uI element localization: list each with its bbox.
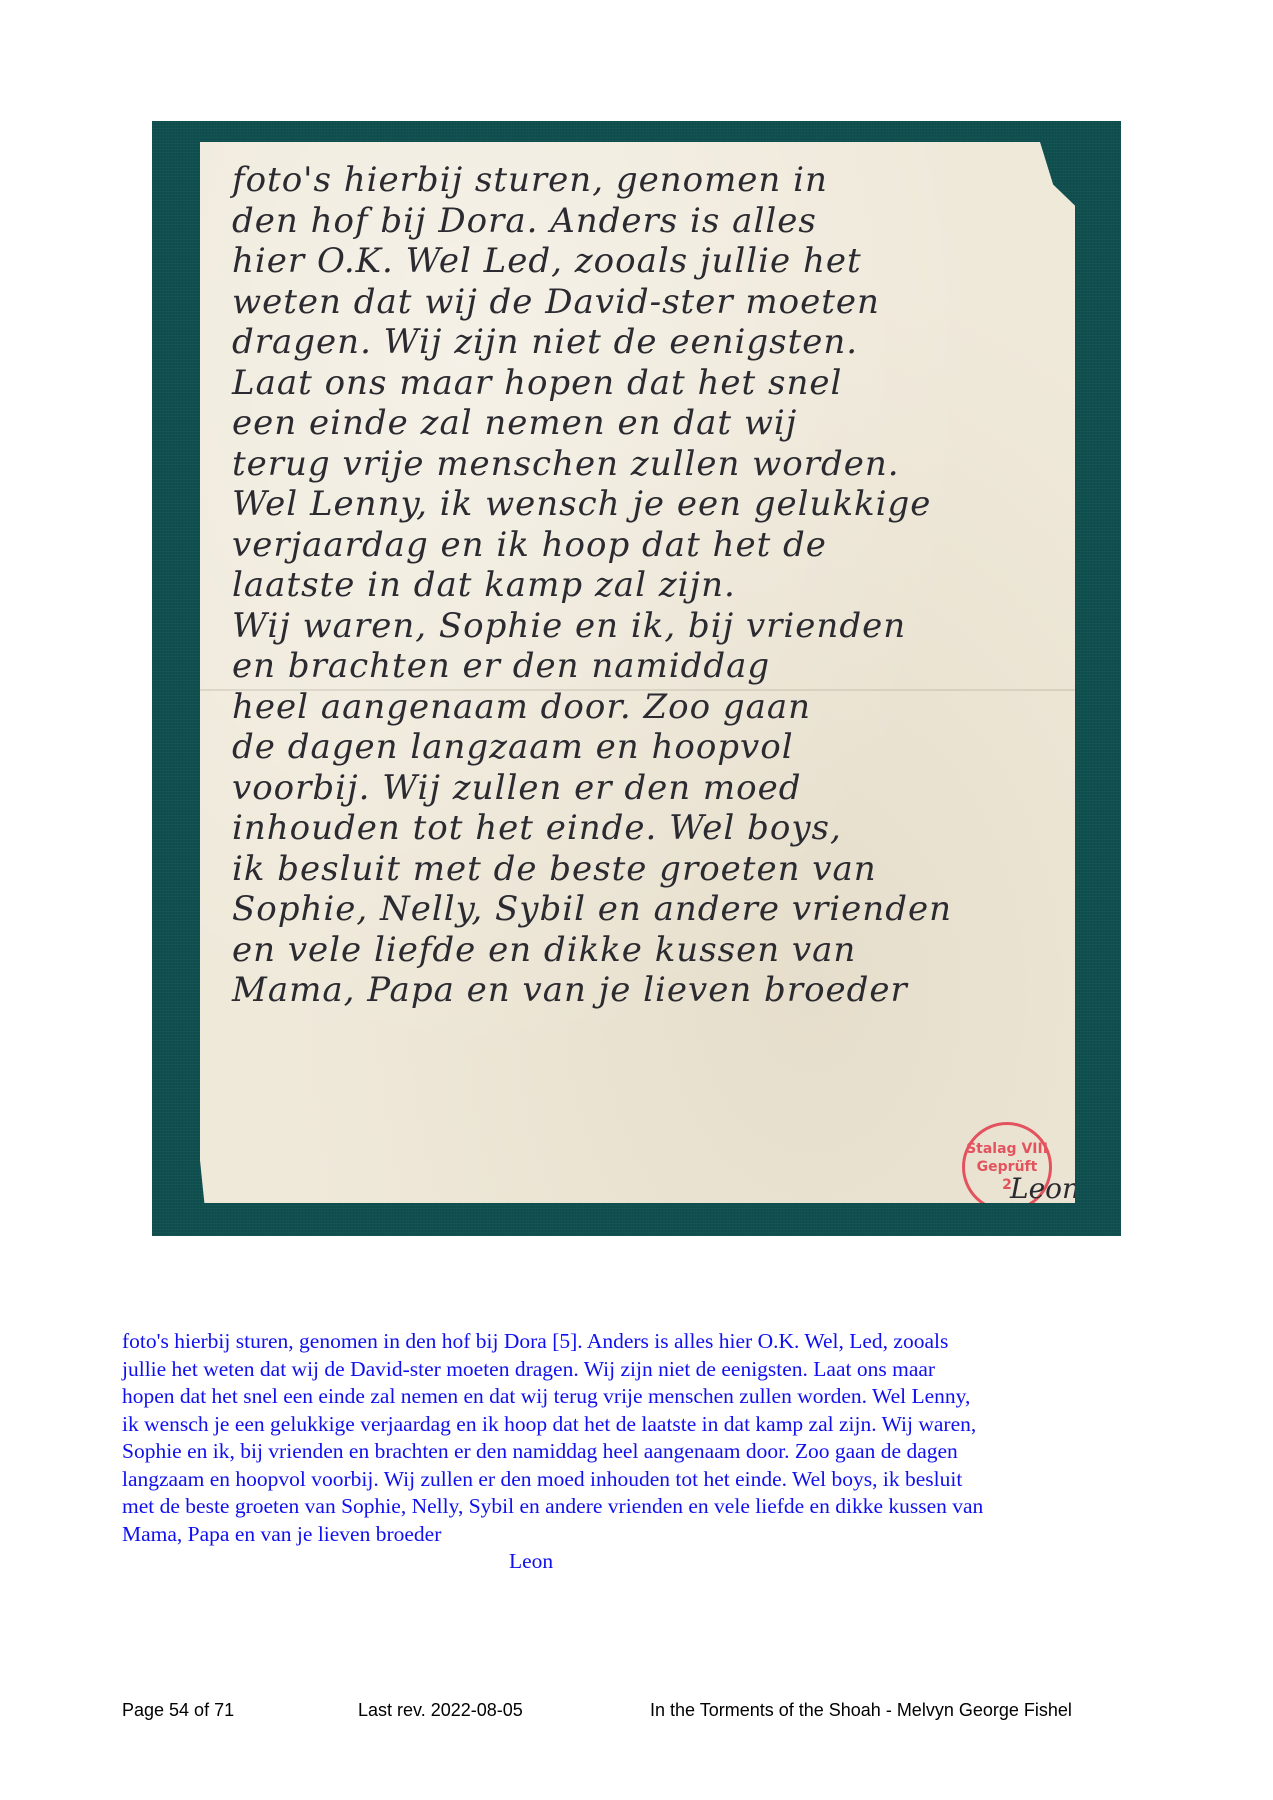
handwritten-line: Wij waren, Sophie en ik, bij vrienden: [232, 606, 1063, 647]
handwritten-line: foto's hierbij sturen, genomen in: [232, 160, 1063, 201]
letter-paper: foto's hierbij sturen, genomen inden hof…: [200, 142, 1075, 1203]
document-title: In the Torments of the Shoah - Melvyn Ge…: [650, 1700, 1072, 1721]
handwritten-line: Laat ons maar hopen dat het snel: [232, 363, 1063, 404]
transcript-line: Mama, Papa en van je lieven broeder: [122, 1521, 1172, 1549]
transcript-line: langzaam en hoopvol voorbij. Wij zullen …: [122, 1466, 1172, 1494]
handwritten-line: verjaardag en ik hoop dat het de: [232, 525, 1063, 566]
page-number: Page 54 of 71: [122, 1700, 234, 1721]
handwritten-line: heel aangenaam door. Zoo gaan: [232, 687, 1063, 728]
handwritten-line: en brachten er den namiddag: [232, 646, 1063, 687]
handwritten-line: voorbij. Wij zullen er den moed: [232, 768, 1063, 809]
handwritten-text: foto's hierbij sturen, genomen inden hof…: [232, 160, 1063, 1011]
handwritten-line: laatste in dat kamp zal zijn.: [232, 565, 1063, 606]
handwritten-line: den hof bij Dora. Anders is alles: [232, 201, 1063, 242]
handwritten-line: Sophie, Nelly, Sybil en andere vrienden: [232, 889, 1063, 930]
handwritten-line: de dagen langzaam en hoopvol: [232, 727, 1063, 768]
handwritten-line: hier O.K. Wel Led, zooals jullie het: [232, 241, 1063, 282]
transcript-line: jullie het weten dat wij de David-ster m…: [122, 1356, 1172, 1384]
transcript: foto's hierbij sturen, genomen in den ho…: [122, 1328, 1172, 1576]
handwritten-line: Mama, Papa en van je lieven broeder: [232, 970, 1063, 1011]
letter-photo-frame: foto's hierbij sturen, genomen inden hof…: [152, 121, 1121, 1236]
handwritten-line: een einde zal nemen en dat wij: [232, 403, 1063, 444]
transcript-signature: Leon: [122, 1548, 1172, 1576]
handwritten-line: Wel Lenny, ik wensch je een gelukkige: [232, 484, 1063, 525]
transcript-line: hopen dat het snel een einde zal nemen e…: [122, 1383, 1172, 1411]
stamp-line-1: Stalag VIII: [965, 1140, 1049, 1158]
revision-date: Last rev. 2022-08-05: [358, 1700, 523, 1721]
handwritten-signature: Leon: [1010, 1172, 1080, 1205]
handwritten-line: terug vrije menschen zullen worden.: [232, 444, 1063, 485]
handwritten-line: dragen. Wij zijn niet de eenigsten.: [232, 322, 1063, 363]
handwritten-line: inhouden tot het einde. Wel boys,: [232, 808, 1063, 849]
transcript-line: foto's hierbij sturen, genomen in den ho…: [122, 1328, 1172, 1356]
handwritten-line: en vele liefde en dikke kussen van: [232, 930, 1063, 971]
transcript-line: met de beste groeten van Sophie, Nelly, …: [122, 1493, 1172, 1521]
transcript-line: Sophie en ik, bij vrienden en brachten e…: [122, 1438, 1172, 1466]
transcript-line: ik wensch je een gelukkige verjaardag en…: [122, 1411, 1172, 1439]
handwritten-line: ik besluit met de beste groeten van: [232, 849, 1063, 890]
handwritten-line: weten dat wij de David-ster moeten: [232, 282, 1063, 323]
